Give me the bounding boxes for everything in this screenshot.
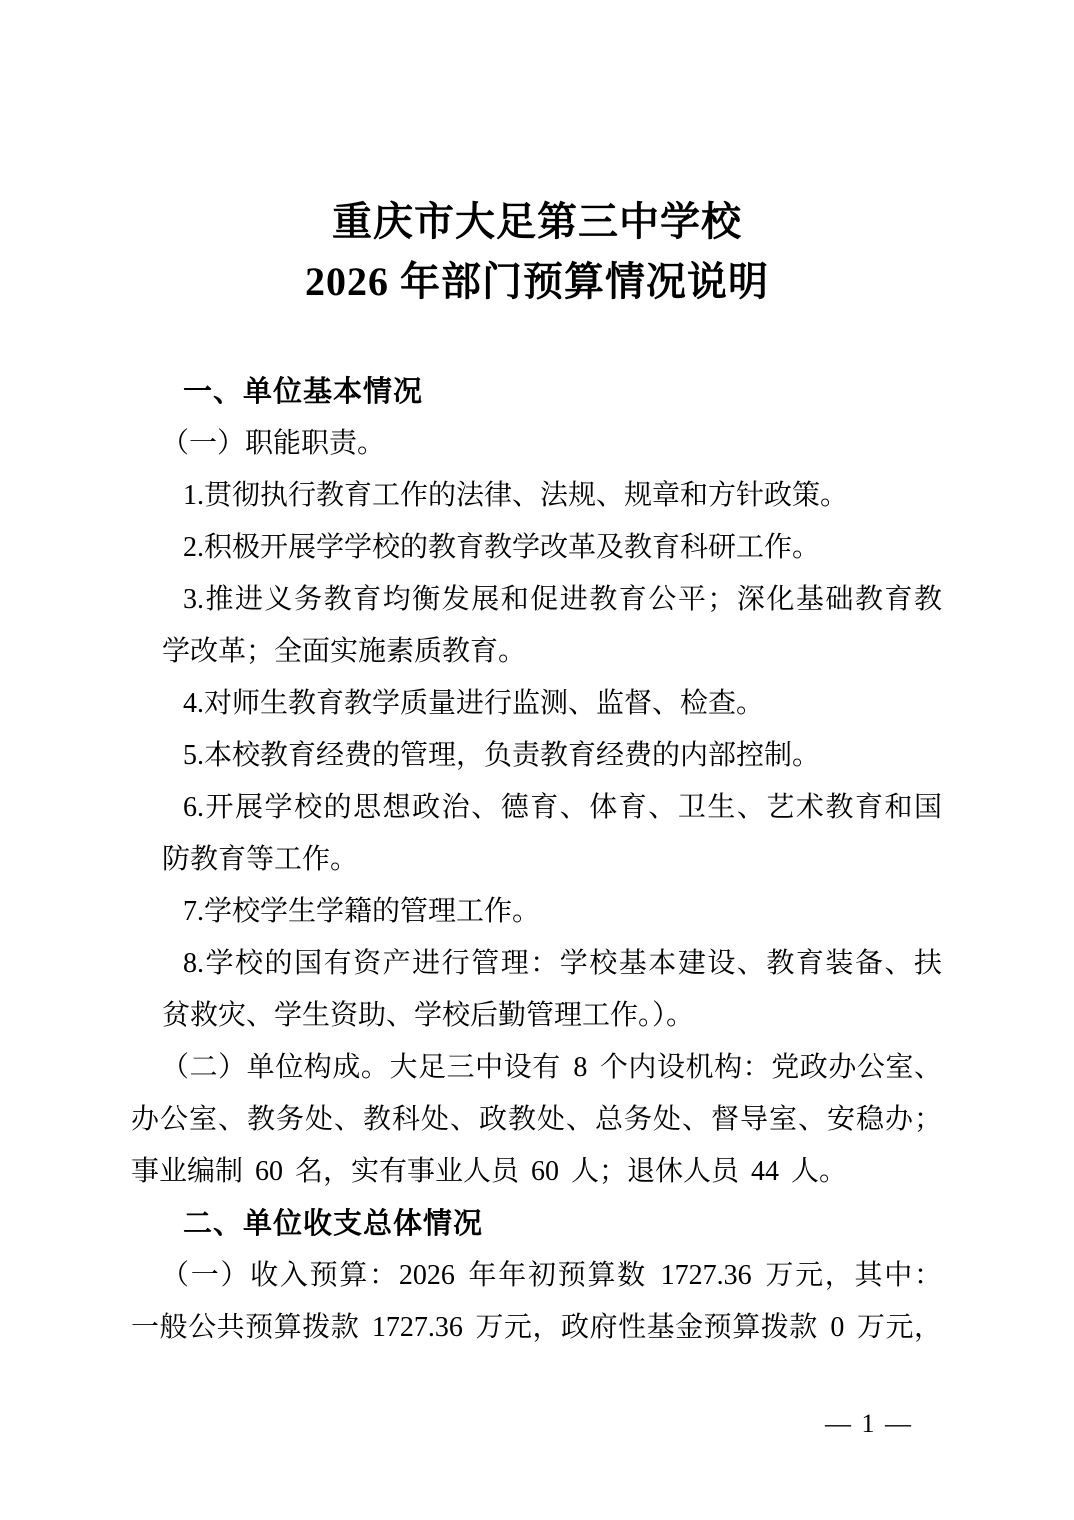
- document-body: 一、单位基本情况（一）职能职责。1.贯彻执行教育工作的法律、法规、规章和方针政策…: [131, 366, 942, 1354]
- body-line: 6.开展学校的思想政治、德育、体育、卫生、艺术教育和国: [131, 782, 942, 834]
- body-line: （一）职能职责。: [131, 418, 942, 470]
- body-line: 办公室、教务处、教科处、政教处、总务处、督导室、安稳办；: [131, 1094, 942, 1146]
- body-line: 8.学校的国有资产进行管理：学校基本建设、教育装备、扶: [131, 938, 942, 990]
- document-title-line-1: 重庆市大足第三中学校: [0, 192, 1074, 252]
- body-line: 5.本校教育经费的管理，负责教育经费的内部控制。: [131, 730, 942, 782]
- section-heading: 二、单位收支总体情况: [131, 1198, 942, 1250]
- document-title: 重庆市大足第三中学校 2026 年部门预算情况说明: [0, 192, 1074, 312]
- body-line: （二）单位构成。大足三中设有 8 个内设机构：党政办公室、: [131, 1042, 942, 1094]
- section-heading: 一、单位基本情况: [131, 366, 942, 418]
- body-line: 1.贯彻执行教育工作的法律、法规、规章和方针政策。: [131, 470, 942, 522]
- document-page: 重庆市大足第三中学校 2026 年部门预算情况说明 一、单位基本情况（一）职能职…: [0, 0, 1074, 1520]
- document-title-line-2: 2026 年部门预算情况说明: [0, 252, 1074, 312]
- body-line: 7.学校学生学籍的管理工作。: [131, 886, 942, 938]
- body-line: 3.推进义务教育均衡发展和促进教育公平；深化基础教育教: [131, 574, 942, 626]
- body-line: 事业编制 60 名，实有事业人员 60 人；退休人员 44 人。: [131, 1146, 942, 1198]
- body-line: 学改革；全面实施素质教育。: [131, 626, 942, 678]
- page-number: — 1 —: [825, 1408, 913, 1440]
- body-line: 防教育等工作。: [131, 834, 942, 886]
- body-line: 一般公共预算拨款 1727.36 万元，政府性基金预算拨款 0 万元，: [131, 1302, 942, 1354]
- body-line: 贫救灾、学生资助、学校后勤管理工作。）。: [131, 990, 942, 1042]
- body-line: 2.积极开展学学校的教育教学改革及教育科研工作。: [131, 522, 942, 574]
- body-line: 4.对师生教育教学质量进行监测、监督、检查。: [131, 678, 942, 730]
- body-line: （一）收入预算：2026 年年初预算数 1727.36 万元，其中：: [131, 1250, 942, 1302]
